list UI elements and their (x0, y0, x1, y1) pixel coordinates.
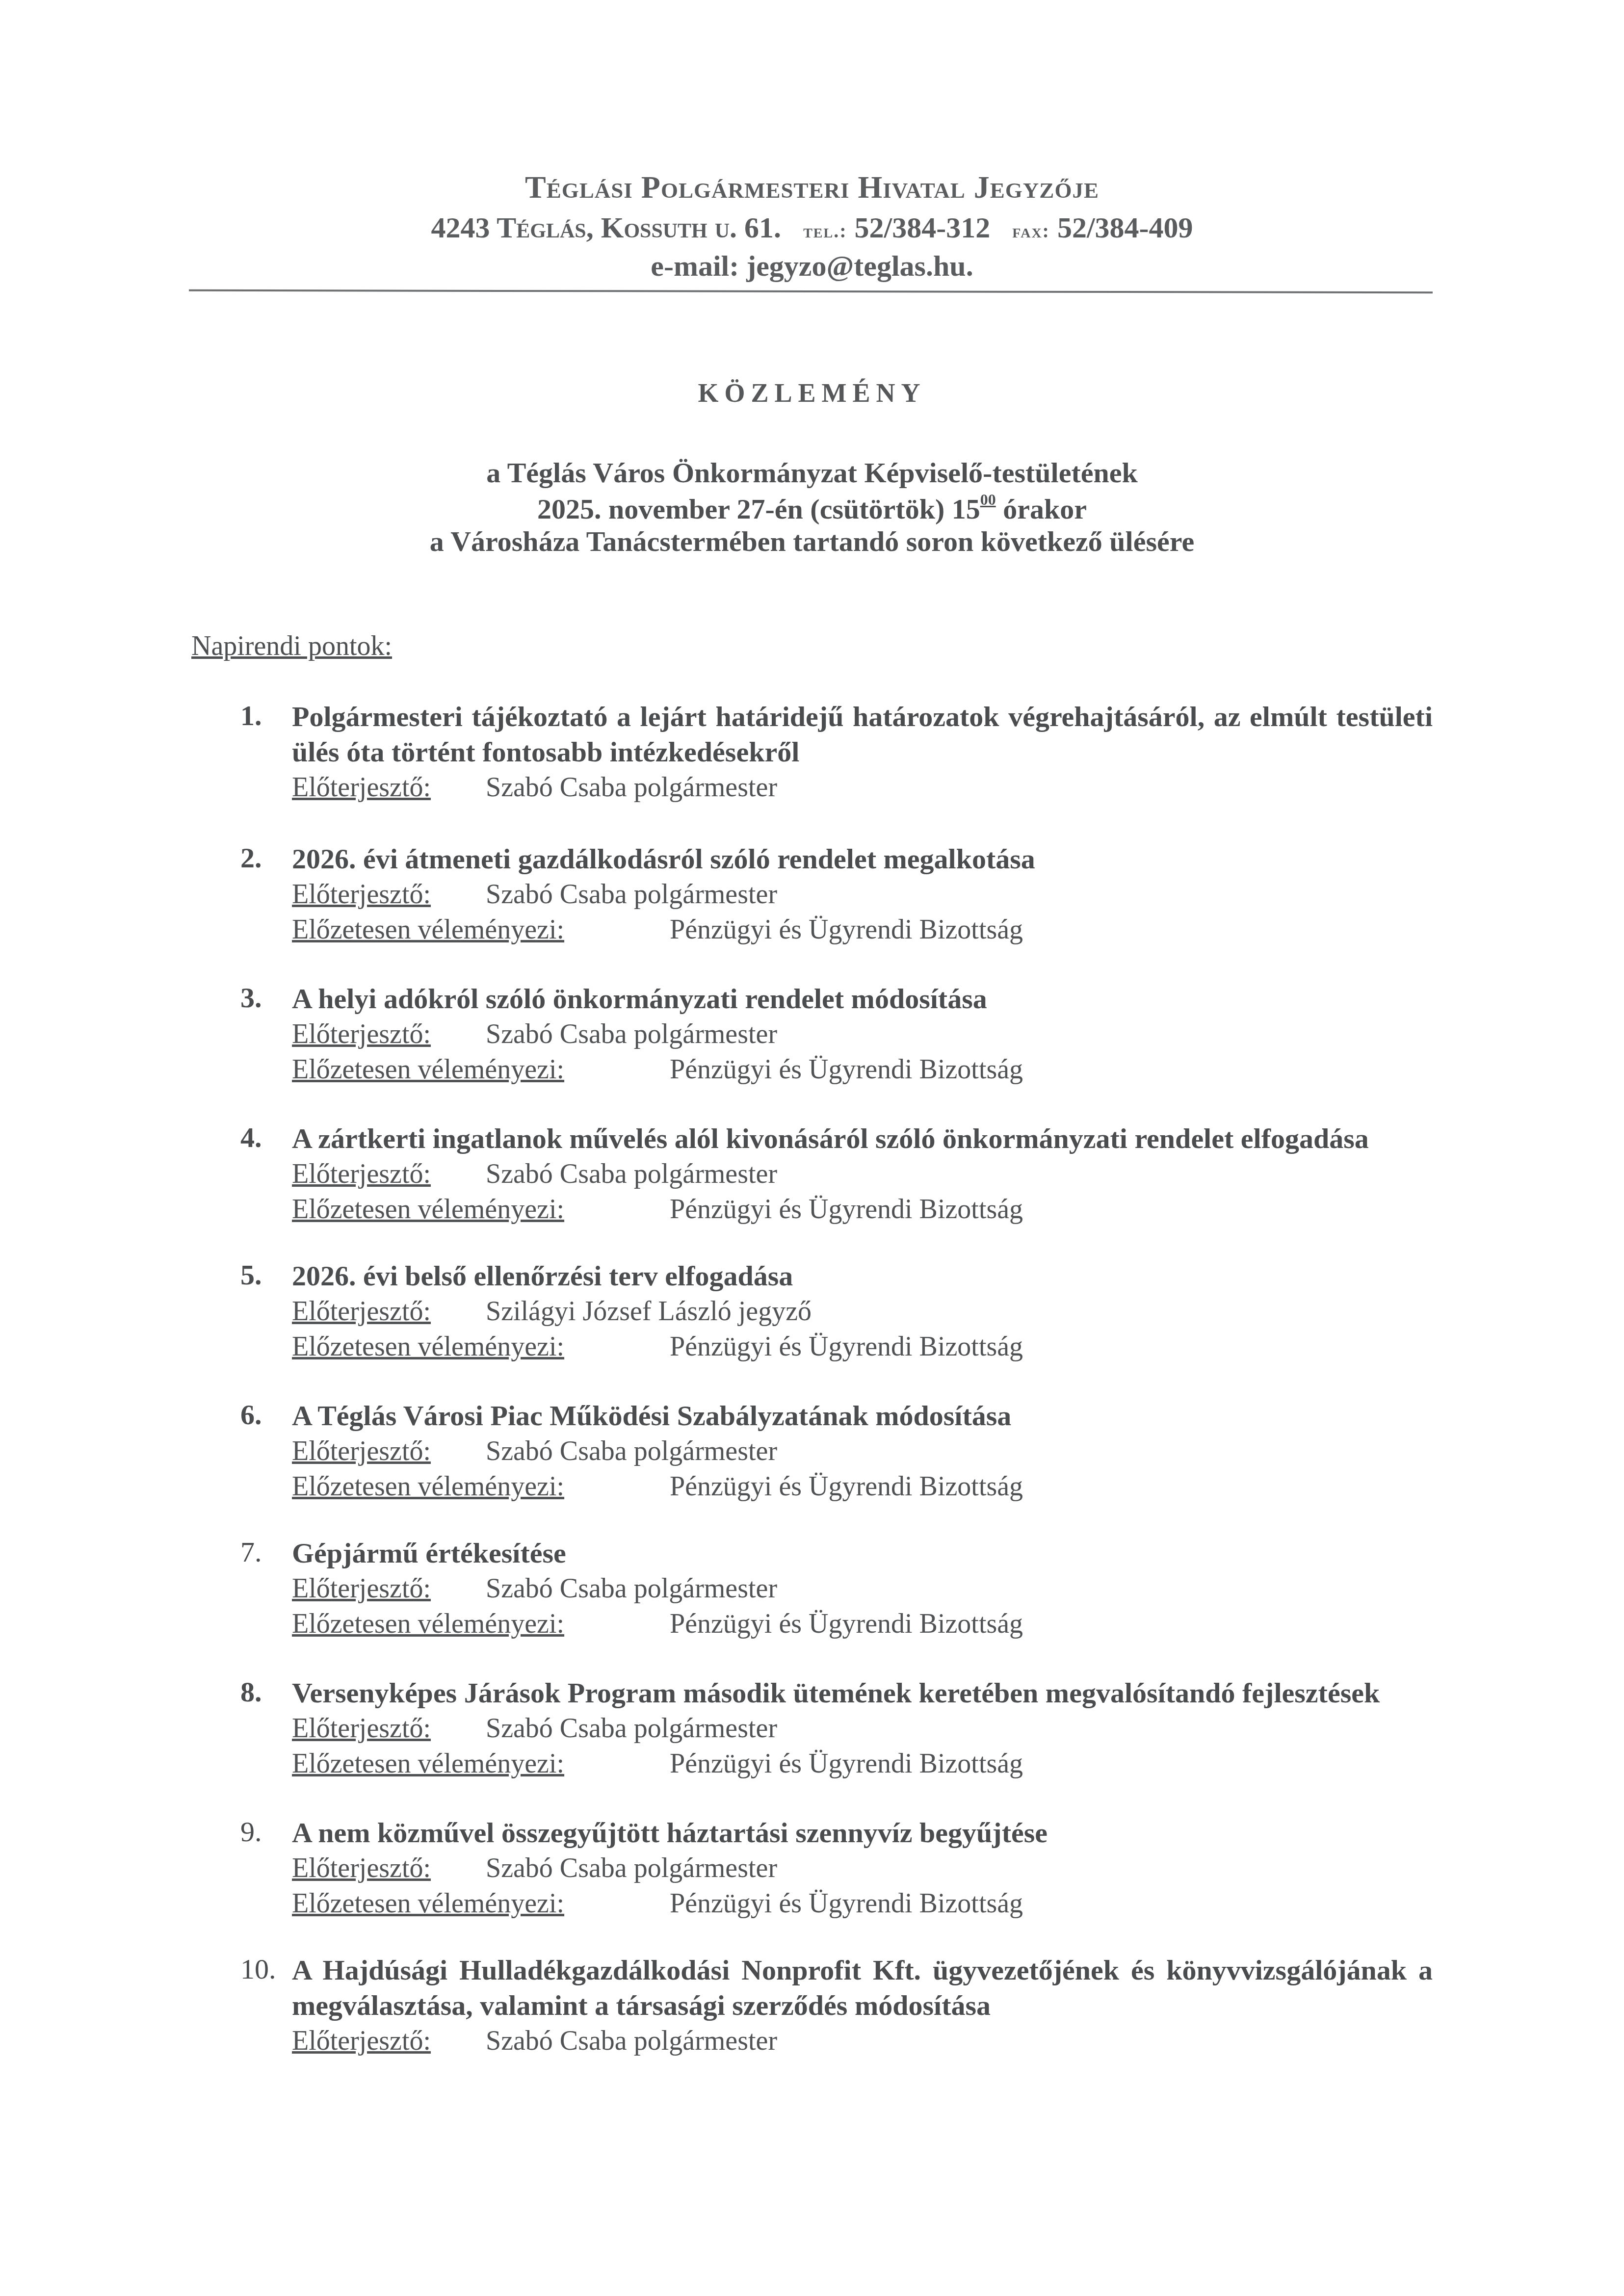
meeting-time-suffix: órakor (996, 493, 1087, 525)
subtitle-line-2: 2025. november 27-én (csütörtök) 1500 ór… (0, 491, 1624, 525)
reviewer-name: Pénzügyi és Ügyrendi Bizottság (670, 1888, 1023, 1919)
agenda-item-title: A Hajdúsági Hulladékgazdálkodási Nonprof… (292, 1953, 1433, 2023)
document-page: Téglási Polgármesteri Hivatal Jegyzője 4… (0, 0, 1624, 2296)
presenter-row: Előterjesztő:Szabó Csaba polgármester (292, 1851, 1433, 1886)
agenda-item-number: 3. (240, 981, 262, 1014)
tel-label: tel.: (803, 220, 847, 242)
agenda-item-number: 1. (240, 699, 262, 732)
agenda-item-title: A zártkerti ingatlanok művelés alól kivo… (292, 1121, 1433, 1156)
presenter-row: Előterjesztő:Szabó Csaba polgármester (292, 1711, 1433, 1746)
reviewer-name: Pénzügyi és Ügyrendi Bizottság (670, 914, 1023, 945)
presenter-label: Előterjesztő: (292, 1156, 486, 1192)
agenda-item-number: 7. (240, 1536, 262, 1568)
reviewer-label: Előzetesen véleményezi: (292, 1192, 670, 1227)
office-address: 4243 Téglás, Kossuth u. 61. (431, 211, 781, 244)
reviewer-row: Előzetesen véleményezi:Pénzügyi és Ügyre… (292, 1052, 1433, 1087)
office-contact: 4243 Téglás, Kossuth u. 61. tel.: 52/384… (0, 211, 1624, 245)
agenda-item: 9. A nem közművel összegyűjtött háztartá… (240, 1815, 1433, 1921)
office-name: Téglási Polgármesteri Hivatal Jegyzője (0, 169, 1624, 206)
agenda-item-number: 9. (240, 1815, 262, 1848)
presenter-name: Szabó Csaba polgármester (486, 772, 777, 803)
fax-label: fax: (1012, 220, 1050, 242)
presenter-row: Előterjesztő:Szabó Csaba polgármester (292, 770, 1433, 805)
meeting-date: 2025. november 27-én (csütörtök) 15 (537, 493, 980, 525)
agenda-item-title: Polgármesteri tájékoztató a lejárt határ… (292, 699, 1433, 770)
subtitle-line-1: a Téglás Város Önkormányzat Képviselő-te… (0, 456, 1624, 489)
presenter-label: Előterjesztő: (292, 1851, 486, 1886)
meeting-minutes: 00 (980, 491, 996, 508)
agenda-item-number: 10. (240, 1953, 276, 1985)
reviewer-name: Pénzügyi és Ügyrendi Bizottság (670, 1609, 1023, 1639)
agenda-item-number: 2. (240, 841, 262, 874)
agenda-item-title: 2026. évi átmeneti gazdálkodásról szóló … (292, 841, 1433, 877)
reviewer-label: Előzetesen véleményezi: (292, 1606, 670, 1642)
agenda-item-number: 4. (240, 1121, 262, 1154)
agenda-item: 5. 2026. évi belső ellenőrzési terv elfo… (240, 1258, 1433, 1364)
agenda-item-title: A Téglás Városi Piac Működési Szabályzat… (292, 1398, 1433, 1434)
reviewer-name: Pénzügyi és Ügyrendi Bizottság (670, 1054, 1023, 1085)
presenter-name: Szabó Csaba polgármester (486, 1159, 777, 1189)
presenter-row: Előterjesztő:Szabó Csaba polgármester (292, 1434, 1433, 1469)
presenter-name: Szabó Csaba polgármester (486, 1713, 777, 1744)
reviewer-row: Előzetesen véleményezi:Pénzügyi és Ügyre… (292, 1886, 1433, 1921)
agenda-item-number: 6. (240, 1398, 262, 1431)
agenda-item-number: 5. (240, 1258, 262, 1291)
reviewer-row: Előzetesen véleményezi:Pénzügyi és Ügyre… (292, 1469, 1433, 1504)
presenter-label: Előterjesztő: (292, 770, 486, 805)
header-divider (189, 289, 1433, 293)
reviewer-name: Pénzügyi és Ügyrendi Bizottság (670, 1331, 1023, 1362)
presenter-label: Előterjesztő: (292, 1434, 486, 1469)
presenter-label: Előterjesztő: (292, 1294, 486, 1329)
reviewer-row: Előzetesen véleményezi:Pénzügyi és Ügyre… (292, 912, 1433, 947)
presenter-row: Előterjesztő:Szilágyi József László jegy… (292, 1294, 1433, 1329)
fax-number: 52/384-409 (1057, 211, 1193, 244)
reviewer-name: Pénzügyi és Ügyrendi Bizottság (670, 1748, 1023, 1779)
agenda-item: 3. A helyi adókról szóló önkormányzati r… (240, 981, 1433, 1087)
presenter-name: Szabó Csaba polgármester (486, 879, 777, 910)
reviewer-label: Előzetesen véleményezi: (292, 1052, 670, 1087)
presenter-label: Előterjesztő: (292, 1711, 486, 1746)
presenter-name: Szabó Csaba polgármester (486, 1436, 777, 1466)
agenda-item-number: 8. (240, 1675, 262, 1708)
reviewer-name: Pénzügyi és Ügyrendi Bizottság (670, 1471, 1023, 1502)
agenda-item-title: 2026. évi belső ellenőrzési terv elfogad… (292, 1258, 1433, 1294)
agenda-heading: Napirendi pontok: (191, 630, 392, 662)
presenter-name: Szabó Csaba polgármester (486, 1019, 777, 1049)
agenda-item-title: A nem közművel összegyűjtött háztartási … (292, 1815, 1433, 1851)
presenter-label: Előterjesztő: (292, 877, 486, 912)
reviewer-label: Előzetesen véleményezi: (292, 1746, 670, 1781)
agenda-item: 2. 2026. évi átmeneti gazdálkodásról szó… (240, 841, 1433, 947)
agenda-item: 8. Versenyképes Járások Program második … (240, 1675, 1433, 1781)
agenda-item: 10. A Hajdúsági Hulladékgazdálkodási Non… (240, 1953, 1433, 2059)
presenter-row: Előterjesztő:Szabó Csaba polgármester (292, 877, 1433, 912)
office-email: e-mail: jegyzo@teglas.hu. (0, 249, 1624, 283)
reviewer-name: Pénzügyi és Ügyrendi Bizottság (670, 1194, 1023, 1225)
presenter-row: Előterjesztő:Szabó Csaba polgármester (292, 1156, 1433, 1192)
reviewer-label: Előzetesen véleményezi: (292, 1886, 670, 1921)
presenter-row: Előterjesztő:Szabó Csaba polgármester (292, 2023, 1433, 2059)
tel-number: 52/384-312 (854, 211, 990, 244)
agenda-item-title: A helyi adókról szóló önkormányzati rend… (292, 981, 1433, 1017)
reviewer-label: Előzetesen véleményezi: (292, 912, 670, 947)
reviewer-row: Előzetesen véleményezi:Pénzügyi és Ügyre… (292, 1606, 1433, 1642)
document-title: KÖZLEMÉNY (0, 378, 1624, 408)
presenter-name: Szabó Csaba polgármester (486, 1573, 777, 1604)
presenter-label: Előterjesztő: (292, 1017, 486, 1052)
reviewer-row: Előzetesen véleményezi:Pénzügyi és Ügyre… (292, 1192, 1433, 1227)
reviewer-row: Előzetesen véleményezi:Pénzügyi és Ügyre… (292, 1746, 1433, 1781)
agenda-item-title: Gépjármű értékesítése (292, 1536, 1433, 1571)
reviewer-row: Előzetesen véleményezi:Pénzügyi és Ügyre… (292, 1329, 1433, 1364)
subtitle-line-3: a Városháza Tanácstermében tartandó soro… (0, 525, 1624, 558)
presenter-label: Előterjesztő: (292, 1571, 486, 1606)
presenter-name: Szabó Csaba polgármester (486, 1853, 777, 1883)
agenda-item: 7. Gépjármű értékesítése Előterjesztő:Sz… (240, 1536, 1433, 1642)
presenter-row: Előterjesztő:Szabó Csaba polgármester (292, 1571, 1433, 1606)
agenda-item: 6. A Téglás Városi Piac Működési Szabály… (240, 1398, 1433, 1504)
agenda-item: 1. Polgármesteri tájékoztató a lejárt ha… (240, 699, 1433, 805)
agenda-item-title: Versenyképes Járások Program második üte… (292, 1675, 1433, 1711)
agenda-item: 4. A zártkerti ingatlanok művelés alól k… (240, 1121, 1433, 1227)
presenter-row: Előterjesztő:Szabó Csaba polgármester (292, 1017, 1433, 1052)
presenter-label: Előterjesztő: (292, 2023, 486, 2059)
presenter-name: Szabó Csaba polgármester (486, 2026, 777, 2056)
presenter-name: Szilágyi József László jegyző (486, 1296, 812, 1327)
reviewer-label: Előzetesen véleményezi: (292, 1329, 670, 1364)
reviewer-label: Előzetesen véleményezi: (292, 1469, 670, 1504)
